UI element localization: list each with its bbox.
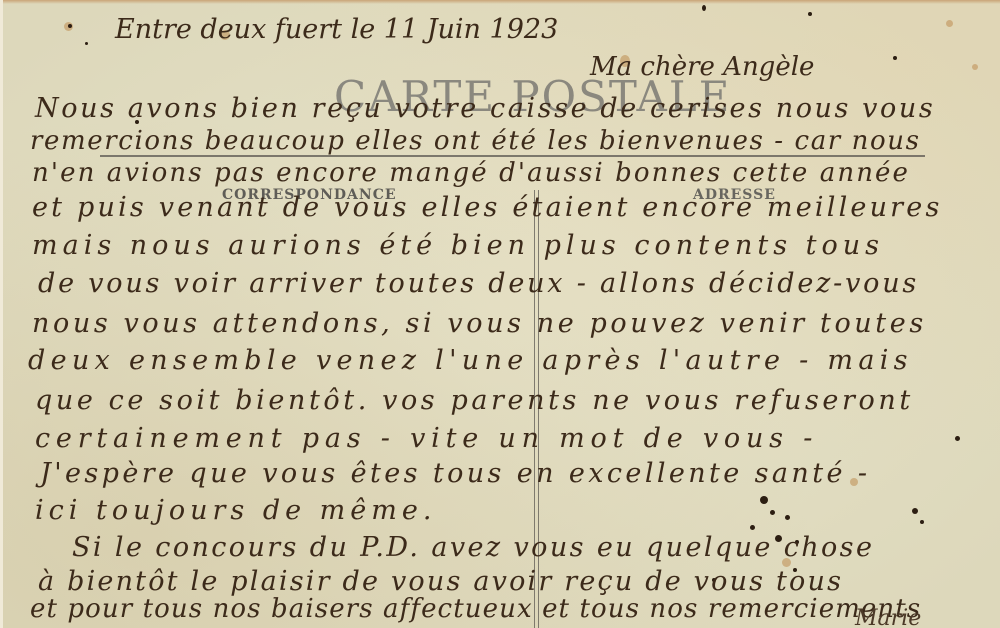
ink-spot xyxy=(955,436,960,441)
paper-edge-top xyxy=(0,0,1000,4)
handwritten-date-line: Entre deux fuert le 11 Juin 1923 xyxy=(115,14,558,45)
handwritten-line: deux ensemble venez l'une après l'autre … xyxy=(28,345,913,376)
handwritten-line: n'en avions pas encore mangé d'aussi bon… xyxy=(32,158,910,188)
handwritten-line: de vous voir arriver toutes deux - allon… xyxy=(38,268,919,299)
handwritten-signature: Marie xyxy=(855,606,921,628)
ink-spot xyxy=(750,525,755,530)
handwritten-line: certainement pas - vite un mot de vous - xyxy=(35,423,818,454)
handwritten-line: et puis venant de vous elles étaient enc… xyxy=(32,192,943,223)
ink-spot xyxy=(785,515,790,520)
paper-edge-left xyxy=(0,0,3,628)
ink-spot xyxy=(85,42,88,45)
handwritten-line: Nous avons bien reçu votre caisse de cer… xyxy=(35,93,935,124)
ink-spot xyxy=(808,12,812,16)
ink-spot xyxy=(912,508,918,514)
foxing-spot xyxy=(972,64,978,70)
handwritten-line: que ce soit bientôt. vos parents ne vous… xyxy=(35,385,914,416)
handwritten-line: et pour tous nos baisers affectueux et t… xyxy=(30,594,921,624)
ink-spot xyxy=(702,5,706,11)
ink-spot xyxy=(920,520,924,524)
handwritten-line: mais nous aurions été bien plus contents… xyxy=(32,230,884,261)
foxing-spot xyxy=(946,20,953,27)
handwritten-line: nous vous attendons, si vous ne pouvez v… xyxy=(32,308,927,339)
postcard-back: CARTE POSTALE CORRESPONDANCE ADRESSE Ent… xyxy=(0,0,1000,628)
ink-spot xyxy=(760,496,768,504)
handwritten-salutation: Ma chère Angèle xyxy=(590,52,814,82)
handwritten-line: à bientôt le plaisir de vous avoir reçu … xyxy=(38,566,843,597)
handwritten-line: J'espère que vous êtes tous en excellent… xyxy=(40,458,870,489)
handwritten-line: remercions beaucoup elles ont été les bi… xyxy=(30,126,921,156)
ink-spot xyxy=(770,510,775,515)
ink-spot xyxy=(893,56,897,60)
ink-spot xyxy=(68,24,72,28)
handwritten-line: Si le concours du P.D. avez vous eu quel… xyxy=(72,532,874,563)
handwritten-line: ici toujours de même. xyxy=(35,495,436,526)
